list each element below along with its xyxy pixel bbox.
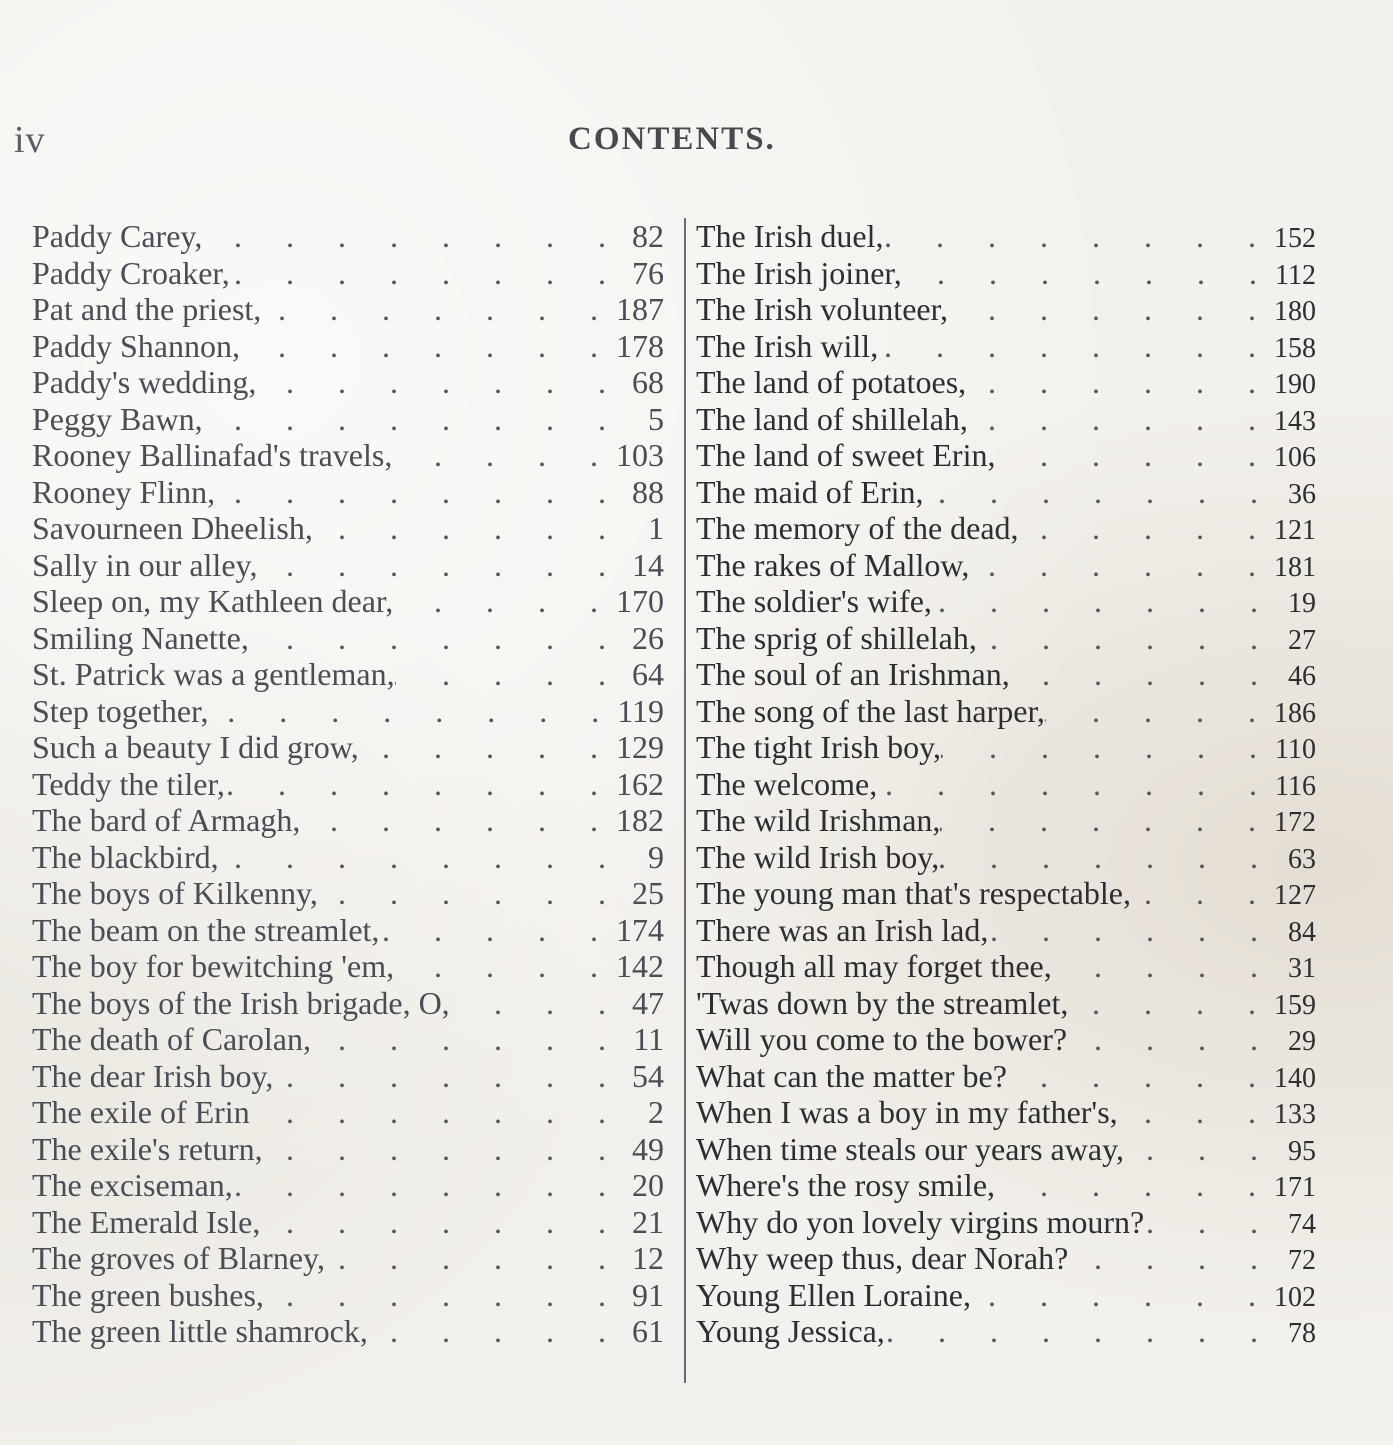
entry-page-number: 25 (624, 875, 664, 912)
entry-title: The sprig of shillelah, (696, 620, 977, 657)
contents-entry: The Irish volunteer, . . . . . . . . . .… (696, 291, 1316, 328)
entry-page-number: 29 (1276, 1024, 1316, 1061)
entry-title: The welcome, (696, 766, 877, 803)
entry-title: The death of Carolan, (32, 1021, 311, 1058)
entry-title: Savourneen Dheelish, (32, 510, 313, 547)
entry-title: The tight Irish boy, (696, 729, 941, 766)
contents-entry: What can the matter be? . . . . . . . . … (696, 1058, 1316, 1095)
entry-title: The wild Irishman, (696, 802, 940, 839)
entry-title: The green bushes, (32, 1277, 264, 1314)
entry-title: When I was a boy in my father's, (696, 1094, 1118, 1131)
entry-page-number: 95 (1276, 1134, 1316, 1171)
entry-title: Such a beauty I did grow, (32, 729, 359, 766)
leader-dots: . . . . . . . . . . . . . . . . . . . . … (1007, 1058, 1274, 1095)
entry-page-number: 106 (1274, 440, 1316, 477)
entry-page-number: 61 (624, 1313, 664, 1350)
contents-entry: The welcome, . . . . . . . . . . . . . .… (696, 766, 1316, 803)
contents-entry: The rakes of Mallow, . . . . . . . . . .… (696, 547, 1316, 584)
leader-dots: . . . . . . . . . . . . . . . . . . . . … (203, 401, 624, 438)
leader-dots: . . . . . . . . . . . . . . . . . . . . … (902, 255, 1275, 292)
entry-page-number: 140 (1274, 1061, 1316, 1098)
entry-title: Step together, (32, 693, 208, 730)
contents-column-right: The Irish duel, . . . . . . . . . . . . … (696, 218, 1316, 1350)
leader-dots: . . . . . . . . . . . . . . . . . . . . … (225, 766, 616, 803)
entry-title: Teddy the tiler, (32, 766, 225, 803)
entry-title: Rooney Flinn, (32, 474, 215, 511)
entry-title: The green little shamrock, (32, 1313, 368, 1350)
contents-entry: The Irish will, . . . . . . . . . . . . … (696, 328, 1316, 365)
contents-entry: The boy for bewitching 'em, . . . . . . … (32, 948, 664, 985)
entry-title: The wild Irish boy, (696, 839, 939, 876)
entry-title: 'Twas down by the streamlet, (696, 985, 1068, 1022)
entry-title: When time steals our years away, (696, 1131, 1124, 1168)
contents-entry: Sally in our alley, . . . . . . . . . . … (32, 547, 664, 584)
entry-page-number: 5 (624, 401, 664, 438)
entry-page-number: 178 (616, 328, 664, 365)
entry-title: The dear Irish boy, (32, 1058, 273, 1095)
entry-title: Paddy Carey, (32, 218, 202, 255)
page-title: CONTENTS. (568, 121, 776, 158)
entry-title: Rooney Ballinafad's travels, (32, 437, 392, 474)
entry-page-number: 171 (1274, 1170, 1316, 1207)
leader-dots: . . . . . . . . . . . . . . . . . . . . … (260, 1204, 624, 1241)
leader-dots: . . . . . . . . . . . . . . . . . . . . … (264, 1277, 624, 1314)
entry-title: The rakes of Mallow, (696, 547, 969, 584)
contents-entry: 'Twas down by the streamlet, . . . . . .… (696, 985, 1316, 1022)
entry-title: The beam on the streamlet, (32, 912, 379, 949)
contents-entry: The boys of Kilkenny, . . . . . . . . . … (32, 875, 664, 912)
leader-dots: . . . . . . . . . . . . . . . . . . . . … (932, 583, 1276, 620)
leader-dots: . . . . . . . . . . . . . . . . . . . . … (215, 474, 624, 511)
contents-entry: The death of Carolan, . . . . . . . . . … (32, 1021, 664, 1058)
entry-page-number: 133 (1274, 1097, 1316, 1134)
contents-entry: The wild Irishman, . . . . . . . . . . .… (696, 802, 1316, 839)
contents-entry: Paddy Shannon, . . . . . . . . . . . . .… (32, 328, 664, 365)
contents-entry: The blackbird, . . . . . . . . . . . . .… (32, 839, 664, 876)
entry-page-number: 172 (1274, 805, 1316, 842)
contents-entry: The Irish joiner, . . . . . . . . . . . … (696, 255, 1316, 292)
contents-entry: Such a beauty I did grow, . . . . . . . … (32, 729, 664, 766)
entry-page-number: 49 (624, 1131, 664, 1168)
entry-page-number: 102 (1274, 1280, 1316, 1317)
entry-page-number: 82 (624, 218, 664, 255)
contents-entry: Though all may forget thee, . . . . . . … (696, 948, 1316, 985)
leader-dots: . . . . . . . . . . . . . . . . . . . . … (969, 547, 1274, 584)
entry-title: Will you come to the bower? (696, 1021, 1067, 1058)
leader-dots: . . . . . . . . . . . . . . . . . . . . … (368, 1313, 624, 1350)
entry-page-number: 174 (616, 912, 664, 949)
leader-dots: . . . . . . . . . . . . . . . . . . . . … (256, 364, 624, 401)
contents-entry: Why weep thus, dear Norah? . . . . . . .… (696, 1240, 1316, 1277)
entry-title: The groves of Blarney, (32, 1240, 325, 1277)
entry-title: The land of potatoes, (696, 364, 966, 401)
leader-dots: . . . . . . . . . . . . . . . . . . . . … (379, 912, 616, 949)
contents-entry: The young man that's respectable, . . . … (696, 875, 1316, 912)
entry-title: Paddy's wedding, (32, 364, 256, 401)
entry-page-number: 84 (1276, 915, 1316, 952)
entry-title: Sleep on, my Kathleen dear, (32, 583, 393, 620)
entry-title: Smiling Nanette, (32, 620, 249, 657)
leader-dots: . . . . . . . . . . . . . . . . . . . . … (988, 912, 1276, 949)
entry-page-number: 20 (624, 1167, 664, 1204)
leader-dots: . . . . . . . . . . . . . . . . . . . . … (392, 437, 616, 474)
entry-title: Why weep thus, dear Norah? (696, 1240, 1068, 1277)
entry-title: The maid of Erin, (696, 474, 923, 511)
entry-page-number: 116 (1275, 769, 1316, 806)
entry-title: The soul of an Irishman, (696, 656, 1010, 693)
contents-entry: Young Jessica, . . . . . . . . . . . . .… (696, 1313, 1316, 1350)
entry-page-number: 159 (1274, 988, 1316, 1025)
contents-entry: Young Ellen Loraine, . . . . . . . . . .… (696, 1277, 1316, 1314)
contents-entry: Savourneen Dheelish, . . . . . . . . . .… (32, 510, 664, 547)
entry-page-number: 27 (1276, 623, 1316, 660)
entry-page-number: 54 (624, 1058, 664, 1095)
leader-dots: . . . . . . . . . . . . . . . . . . . . … (1068, 1240, 1276, 1277)
entry-title: The Irish volunteer, (696, 291, 948, 328)
leader-dots: . . . . . . . . . . . . . . . . . . . . … (1068, 985, 1274, 1022)
contents-entry: Paddy's wedding, . . . . . . . . . . . .… (32, 364, 664, 401)
entry-page-number: 186 (1274, 696, 1316, 733)
contents-entry: The bard of Armagh, . . . . . . . . . . … (32, 802, 664, 839)
contents-entry: Pat and the priest, . . . . . . . . . . … (32, 291, 664, 328)
leader-dots: . . . . . . . . . . . . . . . . . . . . … (240, 328, 616, 365)
leader-dots: . . . . . . . . . . . . . . . . . . . . … (968, 401, 1274, 438)
entry-title: The song of the last harper, (696, 693, 1045, 730)
entry-title: What can the matter be? (696, 1058, 1007, 1095)
contents-entry: The memory of the dead, . . . . . . . . … (696, 510, 1316, 547)
entry-title: There was an Irish lad, (696, 912, 988, 949)
entry-page-number: 47 (624, 985, 664, 1022)
leader-dots: . . . . . . . . . . . . . . . . . . . . … (1067, 1021, 1276, 1058)
entry-page-number: 112 (1275, 258, 1316, 295)
entry-title: The Irish duel, (696, 218, 884, 255)
contents-entry: There was an Irish lad, . . . . . . . . … (696, 912, 1316, 949)
leader-dots: . . . . . . . . . . . . . . . . . . . . … (1144, 1204, 1276, 1241)
leader-dots: . . . . . . . . . . . . . . . . . . . . … (300, 802, 616, 839)
leader-dots: . . . . . . . . . . . . . . . . . . . . … (273, 1058, 624, 1095)
leader-dots: . . . . . . . . . . . . . . . . . . . . … (250, 1094, 624, 1131)
entry-page-number: 119 (617, 693, 664, 730)
entry-page-number: 68 (624, 364, 664, 401)
contents-entry: The dear Irish boy, . . . . . . . . . . … (32, 1058, 664, 1095)
contents-entry: Smiling Nanette, . . . . . . . . . . . .… (32, 620, 664, 657)
contents-entry: The green little shamrock, . . . . . . .… (32, 1313, 664, 1350)
entry-page-number: 12 (624, 1240, 664, 1277)
leader-dots: . . . . . . . . . . . . . . . . . . . . … (230, 255, 624, 292)
entry-page-number: 76 (624, 255, 664, 292)
contents-entry: Sleep on, my Kathleen dear, . . . . . . … (32, 583, 664, 620)
entry-page-number: 2 (624, 1094, 664, 1131)
entry-page-number: 190 (1274, 367, 1316, 404)
leader-dots: . . . . . . . . . . . . . . . . . . . . … (202, 218, 624, 255)
entry-page-number: 127 (1274, 878, 1316, 915)
entry-title: The exciseman, (32, 1167, 233, 1204)
entry-page-number: 170 (616, 583, 664, 620)
contents-entry: The tight Irish boy, . . . . . . . . . .… (696, 729, 1316, 766)
entry-title: Paddy Croaker, (32, 255, 230, 292)
contents-entry: The green bushes, . . . . . . . . . . . … (32, 1277, 664, 1314)
contents-entry: The boys of the Irish brigade, O, . . . … (32, 985, 664, 1022)
leader-dots: . . . . . . . . . . . . . . . . . . . . … (219, 839, 624, 876)
leader-dots: . . . . . . . . . . . . . . . . . . . . … (1045, 693, 1274, 730)
entry-title: The boys of Kilkenny, (32, 875, 318, 912)
contents-entry: The land of potatoes, . . . . . . . . . … (696, 364, 1316, 401)
entry-title: The memory of the dead, (696, 510, 1019, 547)
entry-title: The Irish will, (696, 328, 878, 365)
leader-dots: . . . . . . . . . . . . . . . . . . . . … (939, 839, 1276, 876)
entry-page-number: 26 (624, 620, 664, 657)
contents-entry: The land of shillelah, . . . . . . . . .… (696, 401, 1316, 438)
entry-page-number: 88 (624, 474, 664, 511)
entry-page-number: 103 (616, 437, 664, 474)
contents-entry: The beam on the streamlet, . . . . . . .… (32, 912, 664, 949)
leader-dots: . . . . . . . . . . . . . . . . . . . . … (877, 766, 1275, 803)
leader-dots: . . . . . . . . . . . . . . . . . . . . … (325, 1240, 624, 1277)
leader-dots: . . . . . . . . . . . . . . . . . . . . … (995, 437, 1274, 474)
entry-title: The blackbird, (32, 839, 219, 876)
leader-dots: . . . . . . . . . . . . . . . . . . . . … (948, 291, 1274, 328)
entry-title: Though all may forget thee, (696, 948, 1052, 985)
contents-entry: Where's the rosy smile, . . . . . . . . … (696, 1167, 1316, 1204)
entry-title: Sally in our alley, (32, 547, 257, 584)
contents-entry: Why do yon lovely virgins mourn? . . . .… (696, 1204, 1316, 1241)
entry-page-number: 158 (1274, 331, 1316, 368)
entry-title: The soldier's wife, (696, 583, 932, 620)
contents-entry: The soldier's wife, . . . . . . . . . . … (696, 583, 1316, 620)
entry-page-number: 36 (1276, 477, 1316, 514)
leader-dots: . . . . . . . . . . . . . . . . . . . . … (1010, 656, 1276, 693)
leader-dots: . . . . . . . . . . . . . . . . . . . . … (923, 474, 1276, 511)
contents-entry: The song of the last harper, . . . . . .… (696, 693, 1316, 730)
contents-entry: Step together, . . . . . . . . . . . . .… (32, 693, 664, 730)
entry-page-number: 9 (624, 839, 664, 876)
entry-title: The land of shillelah, (696, 401, 968, 438)
entry-page-number: 14 (624, 547, 664, 584)
entry-title: The exile's return, (32, 1131, 263, 1168)
leader-dots: . . . . . . . . . . . . . . . . . . . . … (311, 1021, 624, 1058)
entry-page-number: 72 (1276, 1243, 1316, 1280)
leader-dots: . . . . . . . . . . . . . . . . . . . . … (1052, 948, 1276, 985)
contents-entry: Rooney Flinn, . . . . . . . . . . . . . … (32, 474, 664, 511)
leader-dots: . . . . . . . . . . . . . . . . . . . . … (940, 802, 1274, 839)
contents-entry: The Irish duel, . . . . . . . . . . . . … (696, 218, 1316, 255)
contents-entry: The exciseman, . . . . . . . . . . . . .… (32, 1167, 664, 1204)
leader-dots: . . . . . . . . . . . . . . . . . . . . … (393, 583, 616, 620)
entry-title: The Emerald Isle, (32, 1204, 260, 1241)
leader-dots: . . . . . . . . . . . . . . . . . . . . … (257, 547, 624, 584)
leader-dots: . . . . . . . . . . . . . . . . . . . . … (208, 693, 617, 730)
leader-dots: . . . . . . . . . . . . . . . . . . . . … (249, 620, 624, 657)
leader-dots: . . . . . . . . . . . . . . . . . . . . … (878, 328, 1274, 365)
entry-page-number: 187 (616, 291, 664, 328)
leader-dots: . . . . . . . . . . . . . . . . . . . . … (261, 291, 616, 328)
contents-entry: The exile of Erin . . . . . . . . . . . … (32, 1094, 664, 1131)
entry-page-number: 64 (624, 656, 664, 693)
contents-entry: When I was a boy in my father's, . . . .… (696, 1094, 1316, 1131)
entry-page-number: 91 (624, 1277, 664, 1314)
leader-dots: . . . . . . . . . . . . . . . . . . . . … (971, 1277, 1274, 1314)
entry-title: Paddy Shannon, (32, 328, 240, 365)
contents-entry: Teddy the tiler, . . . . . . . . . . . .… (32, 766, 664, 803)
entry-page-number: 142 (616, 948, 664, 985)
contents-entry: Paddy Croaker, . . . . . . . . . . . . .… (32, 255, 664, 292)
entry-page-number: 162 (616, 766, 664, 803)
entry-page-number: 181 (1274, 550, 1316, 587)
leader-dots: . . . . . . . . . . . . . . . . . . . . … (233, 1167, 624, 1204)
entry-title: Pat and the priest, (32, 291, 261, 328)
leader-dots: . . . . . . . . . . . . . . . . . . . . … (450, 985, 624, 1022)
contents-entry: The land of sweet Erin, . . . . . . . . … (696, 437, 1316, 474)
entry-page-number: 63 (1276, 842, 1316, 879)
entry-title: The land of sweet Erin, (696, 437, 995, 474)
contents-entry: The soul of an Irishman, . . . . . . . .… (696, 656, 1316, 693)
column-divider (684, 218, 686, 1383)
entry-title: Why do yon lovely virgins mourn? (696, 1204, 1144, 1241)
entry-page-number: 78 (1276, 1316, 1316, 1353)
contents-entry: Will you come to the bower? . . . . . . … (696, 1021, 1316, 1058)
contents-entry: The groves of Blarney, . . . . . . . . .… (32, 1240, 664, 1277)
leader-dots: . . . . . . . . . . . . . . . . . . . . … (395, 656, 624, 693)
contents-entry: Peggy Bawn, . . . . . . . . . . . . . . … (32, 401, 664, 438)
entry-title: The Irish joiner, (696, 255, 902, 292)
contents-entry: The wild Irish boy, . . . . . . . . . . … (696, 839, 1316, 876)
leader-dots: . . . . . . . . . . . . . . . . . . . . … (1118, 1094, 1274, 1131)
leader-dots: . . . . . . . . . . . . . . . . . . . . … (313, 510, 624, 547)
leader-dots: . . . . . . . . . . . . . . . . . . . . … (318, 875, 624, 912)
contents-entry: Rooney Ballinafad's travels, . . . . . .… (32, 437, 664, 474)
entry-title: Young Ellen Loraine, (696, 1277, 971, 1314)
entry-title: St. Patrick was a gentleman, (32, 656, 395, 693)
entry-page-number: 182 (616, 802, 664, 839)
entry-page-number: 121 (1274, 513, 1316, 550)
entry-title: Young Jessica, (696, 1313, 885, 1350)
entry-title: The boys of the Irish brigade, O, (32, 985, 450, 1022)
entry-title: The exile of Erin (32, 1094, 250, 1131)
contents-entry: The sprig of shillelah, . . . . . . . . … (696, 620, 1316, 657)
entry-title: The bard of Armagh, (32, 802, 300, 839)
leader-dots: . . . . . . . . . . . . . . . . . . . . … (1019, 510, 1274, 547)
entry-page-number: 11 (624, 1021, 664, 1058)
entry-page-number: 143 (1274, 404, 1316, 441)
leader-dots: . . . . . . . . . . . . . . . . . . . . … (977, 620, 1276, 657)
leader-dots: . . . . . . . . . . . . . . . . . . . . … (885, 1313, 1276, 1350)
entry-title: Where's the rosy smile, (696, 1167, 995, 1204)
entry-title: Peggy Bawn, (32, 401, 203, 438)
contents-column-left: Paddy Carey, . . . . . . . . . . . . . .… (32, 218, 664, 1350)
leader-dots: . . . . . . . . . . . . . . . . . . . . … (359, 729, 616, 766)
contents-entry: The maid of Erin, . . . . . . . . . . . … (696, 474, 1316, 511)
entry-title: The young man that's respectable, (696, 875, 1131, 912)
leader-dots: . . . . . . . . . . . . . . . . . . . . … (966, 364, 1274, 401)
leader-dots: . . . . . . . . . . . . . . . . . . . . … (1131, 875, 1274, 912)
entry-page-number: 21 (624, 1204, 664, 1241)
entry-page-number: 46 (1276, 659, 1316, 696)
contents-entry: Paddy Carey, . . . . . . . . . . . . . .… (32, 218, 664, 255)
leader-dots: . . . . . . . . . . . . . . . . . . . . … (884, 218, 1275, 255)
leader-dots: . . . . . . . . . . . . . . . . . . . . … (995, 1167, 1274, 1204)
entry-page-number: 129 (616, 729, 664, 766)
entry-page-number: 19 (1276, 586, 1316, 623)
entry-page-number: 152 (1274, 221, 1316, 258)
entry-page-number: 74 (1276, 1207, 1316, 1244)
entry-page-number: 180 (1274, 294, 1316, 331)
leader-dots: . . . . . . . . . . . . . . . . . . . . … (263, 1131, 624, 1168)
contents-entry: The Emerald Isle, . . . . . . . . . . . … (32, 1204, 664, 1241)
entry-page-number: 1 (624, 510, 664, 547)
contents-entry: St. Patrick was a gentleman, . . . . . .… (32, 656, 664, 693)
entry-page-number: 110 (1275, 732, 1316, 769)
contents-entry: When time steals our years away, . . . .… (696, 1131, 1316, 1168)
leader-dots: . . . . . . . . . . . . . . . . . . . . … (941, 729, 1275, 766)
page-number: iv (14, 118, 46, 162)
leader-dots: . . . . . . . . . . . . . . . . . . . . … (394, 948, 616, 985)
entry-title: The boy for bewitching 'em, (32, 948, 394, 985)
entry-page-number: 31 (1276, 951, 1316, 988)
leader-dots: . . . . . . . . . . . . . . . . . . . . … (1124, 1131, 1276, 1168)
contents-entry: The exile's return, . . . . . . . . . . … (32, 1131, 664, 1168)
